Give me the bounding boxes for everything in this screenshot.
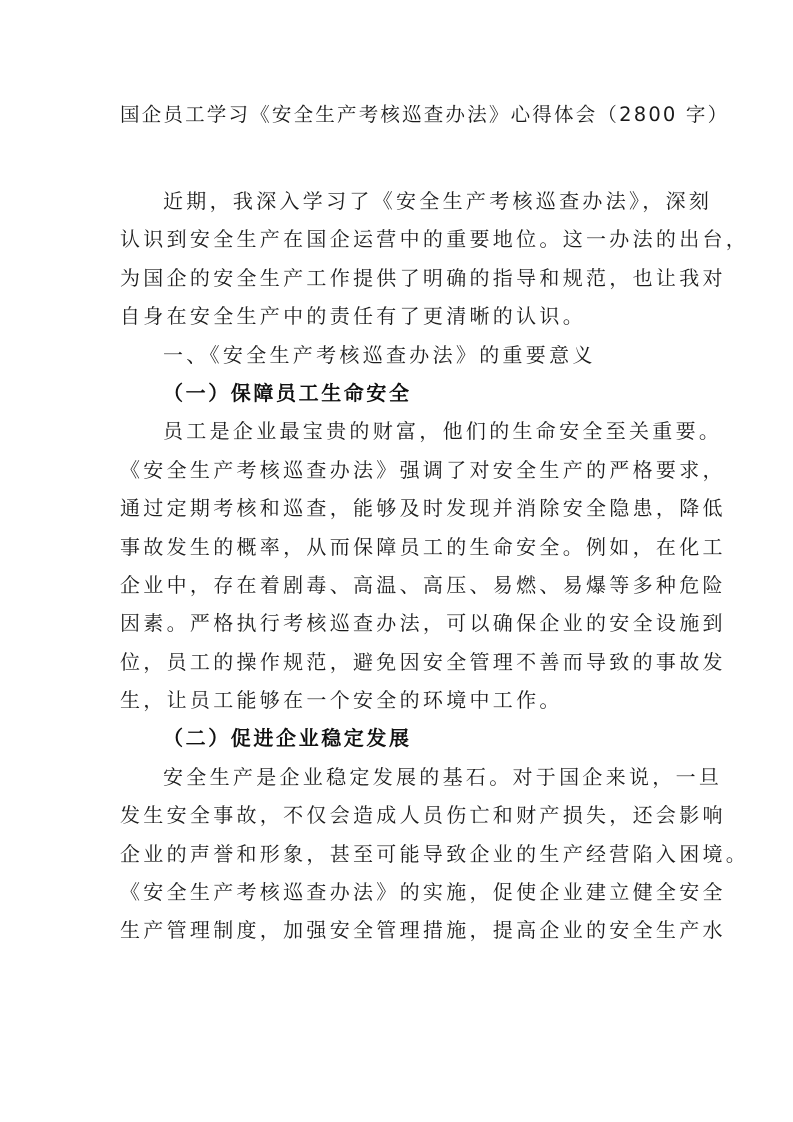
paragraph-line: 位，员工的操作规范，避免因安全管理不善而导致的事故发 xyxy=(120,643,680,681)
paragraph-line: 生产管理制度，加强安全管理措施，提高企业的安全生产水 xyxy=(120,911,680,949)
paragraph-line: 安全生产是企业稳定发展的基石。对于国企来说，一旦 xyxy=(120,758,680,796)
subsection-heading: （二）促进企业稳定发展 xyxy=(120,719,680,757)
paragraph-line: 事故发生的概率，从而保障员工的生命安全。例如，在化工 xyxy=(120,528,680,566)
paragraph-line: 企业中，存在着剧毒、高温、高压、易燃、易爆等多种危险 xyxy=(120,566,680,604)
paragraph-line: 《安全生产考核巡查办法》强调了对安全生产的严格要求， xyxy=(120,451,680,489)
paragraph-line: 自身在安全生产中的责任有了更清晰的认识。 xyxy=(120,297,680,335)
paragraph-line: 为国企的安全生产工作提供了明确的指导和规范，也让我对 xyxy=(120,259,680,297)
paragraph-line: 通过定期考核和巡查，能够及时发现并消除安全隐患，降低 xyxy=(120,489,680,527)
document-body: 近期，我深入学习了《安全生产考核巡查办法》，深刻 认识到安全生产在国企运营中的重… xyxy=(120,182,680,950)
section-heading: 一、《安全生产考核巡查办法》的重要意义 xyxy=(120,336,680,374)
paragraph-line: 员工是企业最宝贵的财富，他们的生命安全至关重要。 xyxy=(120,412,680,450)
paragraph-line: 生，让员工能够在一个安全的环境中工作。 xyxy=(120,681,680,719)
paragraph-line: 因素。严格执行考核巡查办法，可以确保企业的安全设施到 xyxy=(120,604,680,642)
paragraph-line: 《安全生产考核巡查办法》的实施，促使企业建立健全安全 xyxy=(120,873,680,911)
document-title: 国企员工学习《安全生产考核巡查办法》心得体会（2800 字） xyxy=(120,101,700,129)
paragraph-line: 发生安全事故，不仅会造成人员伤亡和财产损失，还会影响 xyxy=(120,796,680,834)
document-page: 国企员工学习《安全生产考核巡查办法》心得体会（2800 字） 近期，我深入学习了… xyxy=(0,0,793,1122)
paragraph-line: 企业的声誉和形象，甚至可能导致企业的生产经营陷入困境。 xyxy=(120,835,680,873)
paragraph-line: 近期，我深入学习了《安全生产考核巡查办法》，深刻 xyxy=(120,182,680,220)
paragraph-line: 认识到安全生产在国企运营中的重要地位。这一办法的出台， xyxy=(120,220,680,258)
subsection-heading: （一）保障员工生命安全 xyxy=(120,374,680,412)
